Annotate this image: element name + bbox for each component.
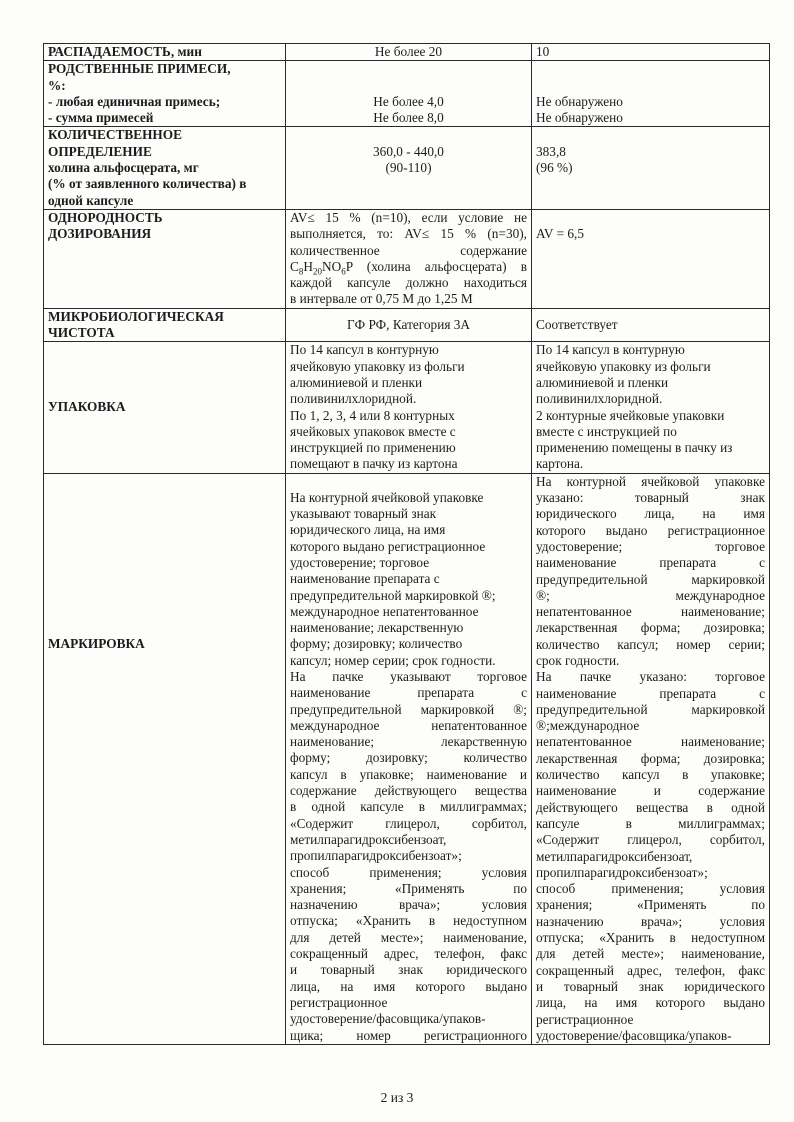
- text-line: наименование и содержание: [536, 783, 765, 799]
- norm-formula-line: C8H20NO6P (холина альфосцерата) в: [290, 259, 527, 275]
- text-line: алюминиевой и пленки: [536, 375, 765, 391]
- text-line: предупредительной маркировкой: [536, 702, 765, 718]
- text-line: указывают товарный знак: [290, 506, 527, 522]
- page-number: 2 из 3: [0, 1090, 794, 1106]
- text-line: отпуска; «Хранить в недоступном: [536, 930, 765, 946]
- text-line: инструкцией по применению: [290, 440, 527, 456]
- text-line: пропилпарагидроксибензоат»;: [536, 865, 765, 881]
- document-page: РАСПАДАЕМОСТЬ, мин Не более 20 10 РОДСТВ…: [43, 43, 769, 1045]
- text-line: срок годности.: [536, 653, 765, 669]
- table-row-packaging: УПАКОВКА По 14 капсул в контурнуюячейков…: [44, 342, 770, 473]
- text-line: поливинилхлоридной.: [536, 391, 765, 407]
- result-cell: Соответствует: [532, 308, 770, 342]
- text-line: вместе с инструкцией по: [536, 424, 765, 440]
- norm-value: (90-110): [290, 160, 527, 176]
- text-line: 2 контурные ячейковые упаковки: [536, 408, 765, 424]
- text-line: метилпарагидроксибензоат,: [536, 849, 765, 865]
- text-line: «Содержит глицерол, сорбитол,: [536, 832, 765, 848]
- text-line: ®;международное: [536, 718, 765, 734]
- text-line: картона.: [536, 456, 765, 472]
- table-row-assay: КОЛИЧЕСТВЕННОЕ ОПРЕДЕЛЕНИЕ холина альфос…: [44, 127, 770, 209]
- result-cell: Не обнаружено Не обнаружено: [532, 61, 770, 127]
- text-line: действующего вещества в одной: [536, 800, 765, 816]
- text-line: юридического лица, на имя: [290, 522, 527, 538]
- text-line: и товарный знак юридического: [536, 979, 765, 995]
- text-line: ®; международное: [536, 588, 765, 604]
- parameter-label: КОЛИЧЕСТВЕННОЕ: [48, 127, 281, 143]
- parameter-cell: МАРКИРОВКА: [44, 473, 286, 1044]
- text-line: наименование препарата с: [536, 555, 765, 571]
- text-line: ячейковую упаковку из фольги: [536, 359, 765, 375]
- table-row-related-impurities: РОДСТВЕННЫЕ ПРИМЕСИ, %: - любая единична…: [44, 61, 770, 127]
- text-line: хранения; «Применять по: [536, 897, 765, 913]
- parameter-label: УПАКОВКА: [48, 399, 281, 415]
- text-line: наименование препарата с: [536, 686, 765, 702]
- parameter-cell: УПАКОВКА: [44, 342, 286, 473]
- text-line: количество капсул в упаковке;: [536, 767, 765, 783]
- result-value: 383,8: [536, 144, 765, 160]
- result-cell: На контурной ячейковой упаковкеуказано: …: [532, 473, 770, 1044]
- text-line: По 14 капсул в контурную: [536, 342, 765, 358]
- text-line: лекарственная форма; дозировка;: [536, 620, 765, 636]
- parameter-label: %:: [48, 78, 281, 94]
- result-cell: 10: [532, 44, 770, 61]
- text-line: которого выдано регистрационное: [536, 523, 765, 539]
- text-line: регистрационное: [290, 995, 527, 1011]
- result-value: Не обнаружено: [536, 110, 765, 126]
- parameter-cell: РАСПАДАЕМОСТЬ, мин: [44, 44, 286, 61]
- text-line: удостоверение; торговое: [536, 539, 765, 555]
- text-line: форму; дозировку; количество: [290, 636, 527, 652]
- text-line: поливинилхлоридной.: [290, 391, 527, 407]
- text-line: «Содержит глицерол, сорбитол,: [290, 816, 527, 832]
- norm-value: 360,0 - 440,0: [290, 144, 527, 160]
- text-line: По 14 капсул в контурную: [290, 342, 527, 358]
- norm-value: Не более 20: [290, 44, 527, 60]
- norm-cell: По 14 капсул в контурнуюячейковую упаков…: [286, 342, 532, 473]
- text-line: лекарственная форма; дозировка;: [536, 751, 765, 767]
- text-line: и товарный знак юридического: [290, 962, 527, 978]
- result-value: 10: [536, 44, 765, 60]
- text-line: отпуска; «Хранить в недоступном: [290, 913, 527, 929]
- text-line: удостоверение; торговое: [290, 555, 527, 571]
- norm-cell: 360,0 - 440,0 (90-110): [286, 127, 532, 209]
- parameter-label: МИКРОБИОЛОГИЧЕСКАЯ: [48, 309, 281, 325]
- text-line: предупредительной маркировкой: [536, 572, 765, 588]
- parameter-sublabel: холина альфосцерата, мг: [48, 160, 281, 176]
- text-line: назначению врача»; условия: [290, 897, 527, 913]
- parameter-sublabel: (% от заявленного количества) в: [48, 176, 281, 192]
- text-line: ячейковых упаковок вместе с: [290, 424, 527, 440]
- parameter-cell: ОДНОРОДНОСТЬ ДОЗИРОВАНИЯ: [44, 209, 286, 308]
- text-line: На контурной ячейковой упаковке: [290, 490, 527, 506]
- norm-text: в интервале от 0,75 М до 1,25 М: [290, 291, 527, 307]
- text-line: непатентованное наименование;: [536, 604, 765, 620]
- text-line: На пачке указано: торговое: [536, 669, 765, 685]
- text-line: применению помещены в пачку из: [536, 440, 765, 456]
- table-row-microbiological-purity: МИКРОБИОЛОГИЧЕСКАЯ ЧИСТОТА ГФ РФ, Катего…: [44, 308, 770, 342]
- text-line: предупредительной маркировкой ®;: [290, 702, 527, 718]
- parameter-label: РОДСТВЕННЫЕ ПРИМЕСИ,: [48, 61, 281, 77]
- text-line: указано: товарный знак: [536, 490, 765, 506]
- parameter-label: ОПРЕДЕЛЕНИЕ: [48, 144, 281, 160]
- text-line: сокращенный адрес, телефон, факс: [290, 946, 527, 962]
- norm-value: ГФ РФ, Категория 3А: [290, 317, 527, 333]
- text-line: пропилпарагидроксибензоат»;: [290, 848, 527, 864]
- result-value: (96 %): [536, 160, 765, 176]
- text-line: лица, на имя которого выдано: [290, 979, 527, 995]
- text-line: для детей месте»; наименование,: [290, 930, 527, 946]
- text-line: регистрационное: [536, 1012, 765, 1028]
- parameter-label: МАРКИРОВКА: [48, 636, 281, 652]
- text-line: способ применения; условия: [536, 881, 765, 897]
- norm-cell: Не более 4,0 Не более 8,0: [286, 61, 532, 127]
- text-line: международное непатентованное: [290, 604, 527, 620]
- norm-text: каждой капсуле должно находиться: [290, 275, 527, 291]
- result-value: Не обнаружено: [536, 94, 765, 110]
- specification-table: РАСПАДАЕМОСТЬ, мин Не более 20 10 РОДСТВ…: [43, 43, 770, 1045]
- text-line: алюминиевой и пленки: [290, 375, 527, 391]
- parameter-label: ЧИСТОТА: [48, 325, 281, 341]
- result-cell: AV = 6,5: [532, 209, 770, 308]
- text-line: капсул в упаковке; наименование и: [290, 767, 527, 783]
- text-line: капсуле в миллиграммах;: [536, 816, 765, 832]
- text-line: юридического лица, на имя: [536, 506, 765, 522]
- text-line: щика; номер регистрационного: [290, 1028, 527, 1044]
- parameter-sublabel: - любая единичная примесь;: [48, 94, 281, 110]
- text-line: На пачке указывают торговое: [290, 669, 527, 685]
- text-line: метилпарагидроксибензоат,: [290, 832, 527, 848]
- norm-text: количественное содержание: [290, 243, 527, 259]
- text-line: сокращенный адрес, телефон, факс: [536, 963, 765, 979]
- text-line: наименование; лекарственную: [290, 620, 527, 636]
- norm-text: выполняется, то: AV≤ 15 % (n=30),: [290, 226, 527, 242]
- parameter-label: ОДНОРОДНОСТЬ: [48, 210, 281, 226]
- text-line: для детей месте»; наименование,: [536, 946, 765, 962]
- parameter-cell: РОДСТВЕННЫЕ ПРИМЕСИ, %: - любая единична…: [44, 61, 286, 127]
- norm-cell: Не более 20: [286, 44, 532, 61]
- text-line: удостоверение/фасовщика/упаков-: [536, 1028, 765, 1044]
- text-line: в одной капсуле в миллиграммах;: [290, 799, 527, 815]
- norm-value: Не более 8,0: [290, 110, 527, 126]
- norm-cell: AV≤ 15 % (n=10), если условие не выполня…: [286, 209, 532, 308]
- parameter-cell: КОЛИЧЕСТВЕННОЕ ОПРЕДЕЛЕНИЕ холина альфос…: [44, 127, 286, 209]
- text-line: лица, на имя которого выдано: [536, 995, 765, 1011]
- text-line: удостоверение/фасовщика/упаков-: [290, 1011, 527, 1027]
- text-line: На контурной ячейковой упаковке: [536, 474, 765, 490]
- text-line: которого выдано регистрационное: [290, 539, 527, 555]
- table-row-dosage-uniformity: ОДНОРОДНОСТЬ ДОЗИРОВАНИЯ AV≤ 15 % (n=10)…: [44, 209, 770, 308]
- text-line: количество капсул; номер серии;: [536, 637, 765, 653]
- text-line: непатентованное наименование;: [536, 734, 765, 750]
- text-line: помещают в пачку из картона: [290, 456, 527, 472]
- table-row-disintegration: РАСПАДАЕМОСТЬ, мин Не более 20 10: [44, 44, 770, 61]
- text-line: форму; дозировку; количество: [290, 750, 527, 766]
- norm-value: Не более 4,0: [290, 94, 527, 110]
- parameter-sublabel: - сумма примесей: [48, 110, 281, 126]
- result-value: Соответствует: [536, 317, 765, 333]
- norm-cell: ГФ РФ, Категория 3А: [286, 308, 532, 342]
- text-line: По 1, 2, 3, 4 или 8 контурных: [290, 408, 527, 424]
- text-line: способ применения; условия: [290, 865, 527, 881]
- text-line: наименование препарата с: [290, 571, 527, 587]
- result-value: AV = 6,5: [536, 226, 765, 242]
- text-line: ячейковую упаковку из фольги: [290, 359, 527, 375]
- parameter-label: ДОЗИРОВАНИЯ: [48, 226, 281, 242]
- text-line: наименование препарата с: [290, 685, 527, 701]
- table-row-labeling: МАРКИРОВКА На контурной ячейковой упаков…: [44, 473, 770, 1044]
- text-line: хранения; «Применять по: [290, 881, 527, 897]
- text-line: наименование; лекарственную: [290, 734, 527, 750]
- norm-text: AV≤ 15 % (n=10), если условие не: [290, 210, 527, 226]
- result-cell: 383,8 (96 %): [532, 127, 770, 209]
- parameter-label: РАСПАДАЕМОСТЬ, мин: [48, 44, 281, 60]
- parameter-cell: МИКРОБИОЛОГИЧЕСКАЯ ЧИСТОТА: [44, 308, 286, 342]
- text-line: международное непатентованное: [290, 718, 527, 734]
- parameter-sublabel: одной капсуле: [48, 193, 281, 209]
- text-line: содержание действующего вещества: [290, 783, 527, 799]
- text-line: предупредительной маркировкой ®;: [290, 588, 527, 604]
- text-line: капсул; номер серии; срок годности.: [290, 653, 527, 669]
- text-line: назначению врача»; условия: [536, 914, 765, 930]
- result-cell: По 14 капсул в контурнуюячейковую упаков…: [532, 342, 770, 473]
- norm-cell: На контурной ячейковой упаковкеуказывают…: [286, 473, 532, 1044]
